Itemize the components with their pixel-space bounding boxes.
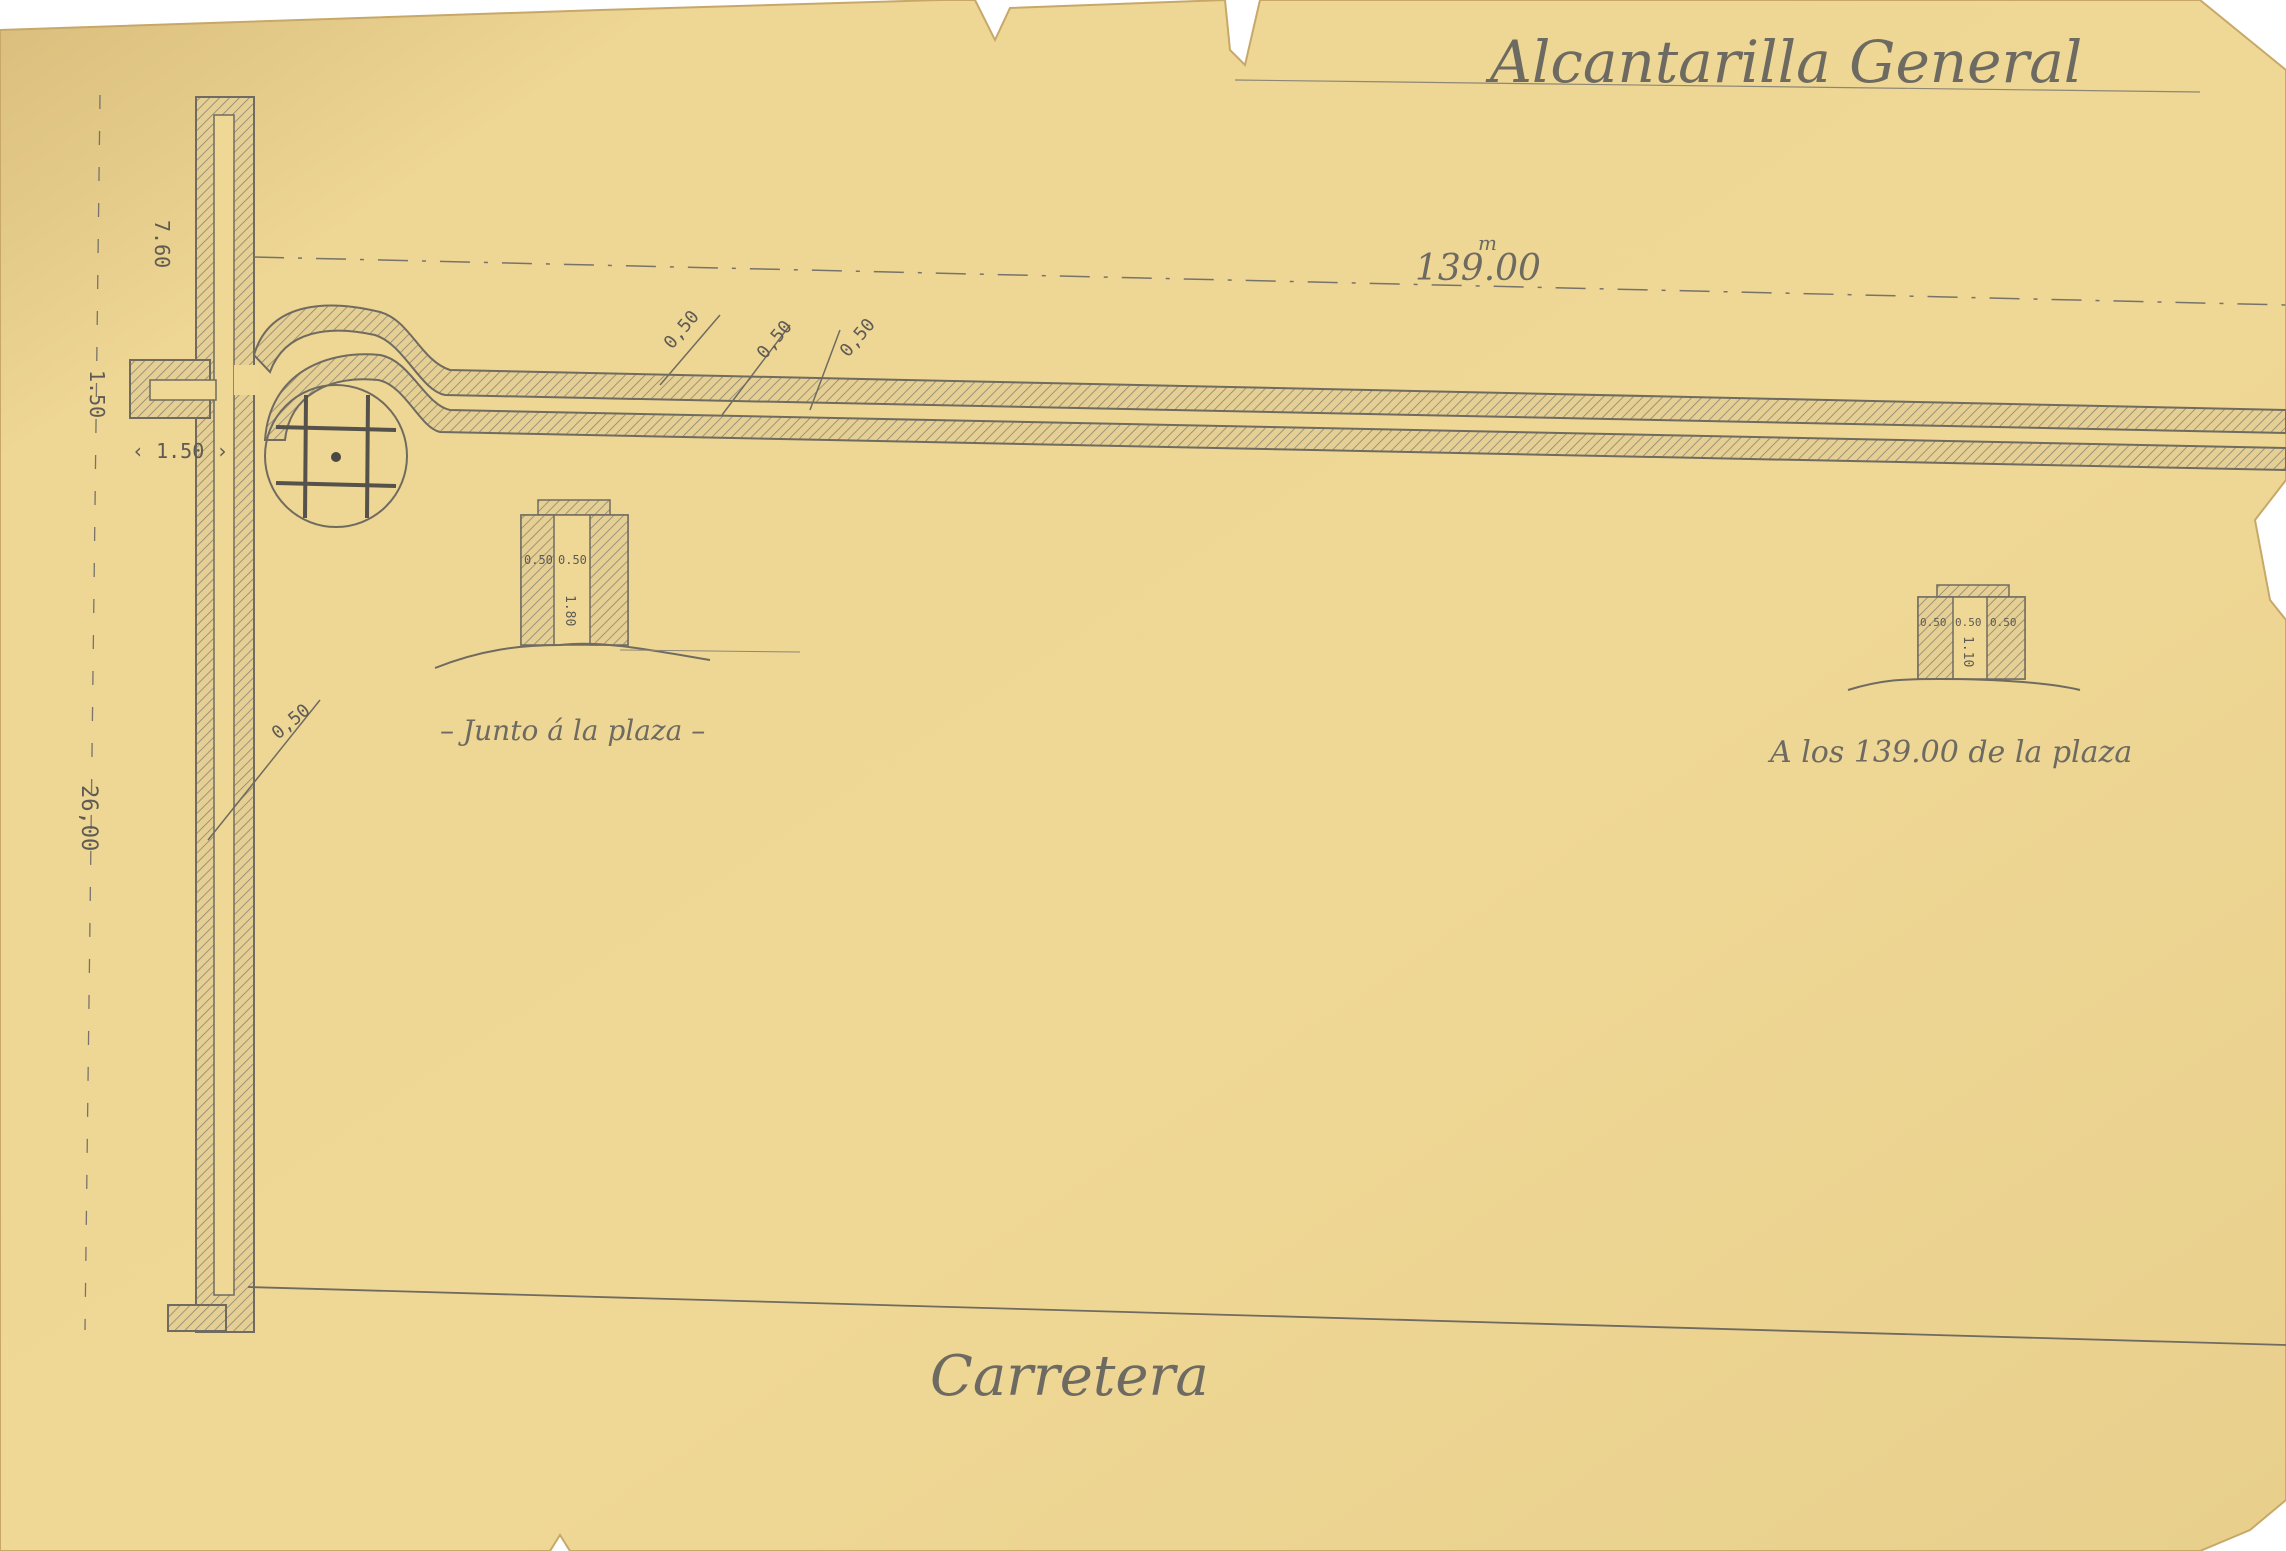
svg-text:1.80: 1.80 xyxy=(562,595,577,626)
paper-background xyxy=(0,0,2286,1551)
svg-text:1.10: 1.10 xyxy=(1960,636,1975,667)
length-dimension-unit: m xyxy=(1478,231,1497,255)
svg-text:0.50: 0.50 xyxy=(558,553,587,567)
svg-text:0.50: 0.50 xyxy=(524,553,553,567)
svg-text:0.50: 0.50 xyxy=(1920,616,1947,629)
svg-text:0.50: 0.50 xyxy=(1955,616,1982,629)
road-label: Carretera xyxy=(930,1344,1209,1409)
side-branch-offset-dimension: ‹ 1.50 › xyxy=(132,439,228,463)
lower-segment-dimension: 26,00 xyxy=(76,785,101,851)
svg-text:0.50: 0.50 xyxy=(1990,616,2017,629)
top-segment-dimension: 7.60 xyxy=(150,220,174,268)
section-far-caption: A los 139.00 de la plaza xyxy=(1767,735,2132,770)
drawing-sheet: Alcantarilla General 139.00 m 0,50 xyxy=(0,0,2286,1551)
title-text: Alcantarilla General xyxy=(1485,28,2082,96)
section-near-caption: – Junto á la plaza – xyxy=(440,714,705,747)
side-branch-width-dimension: 1.50 xyxy=(85,370,109,418)
